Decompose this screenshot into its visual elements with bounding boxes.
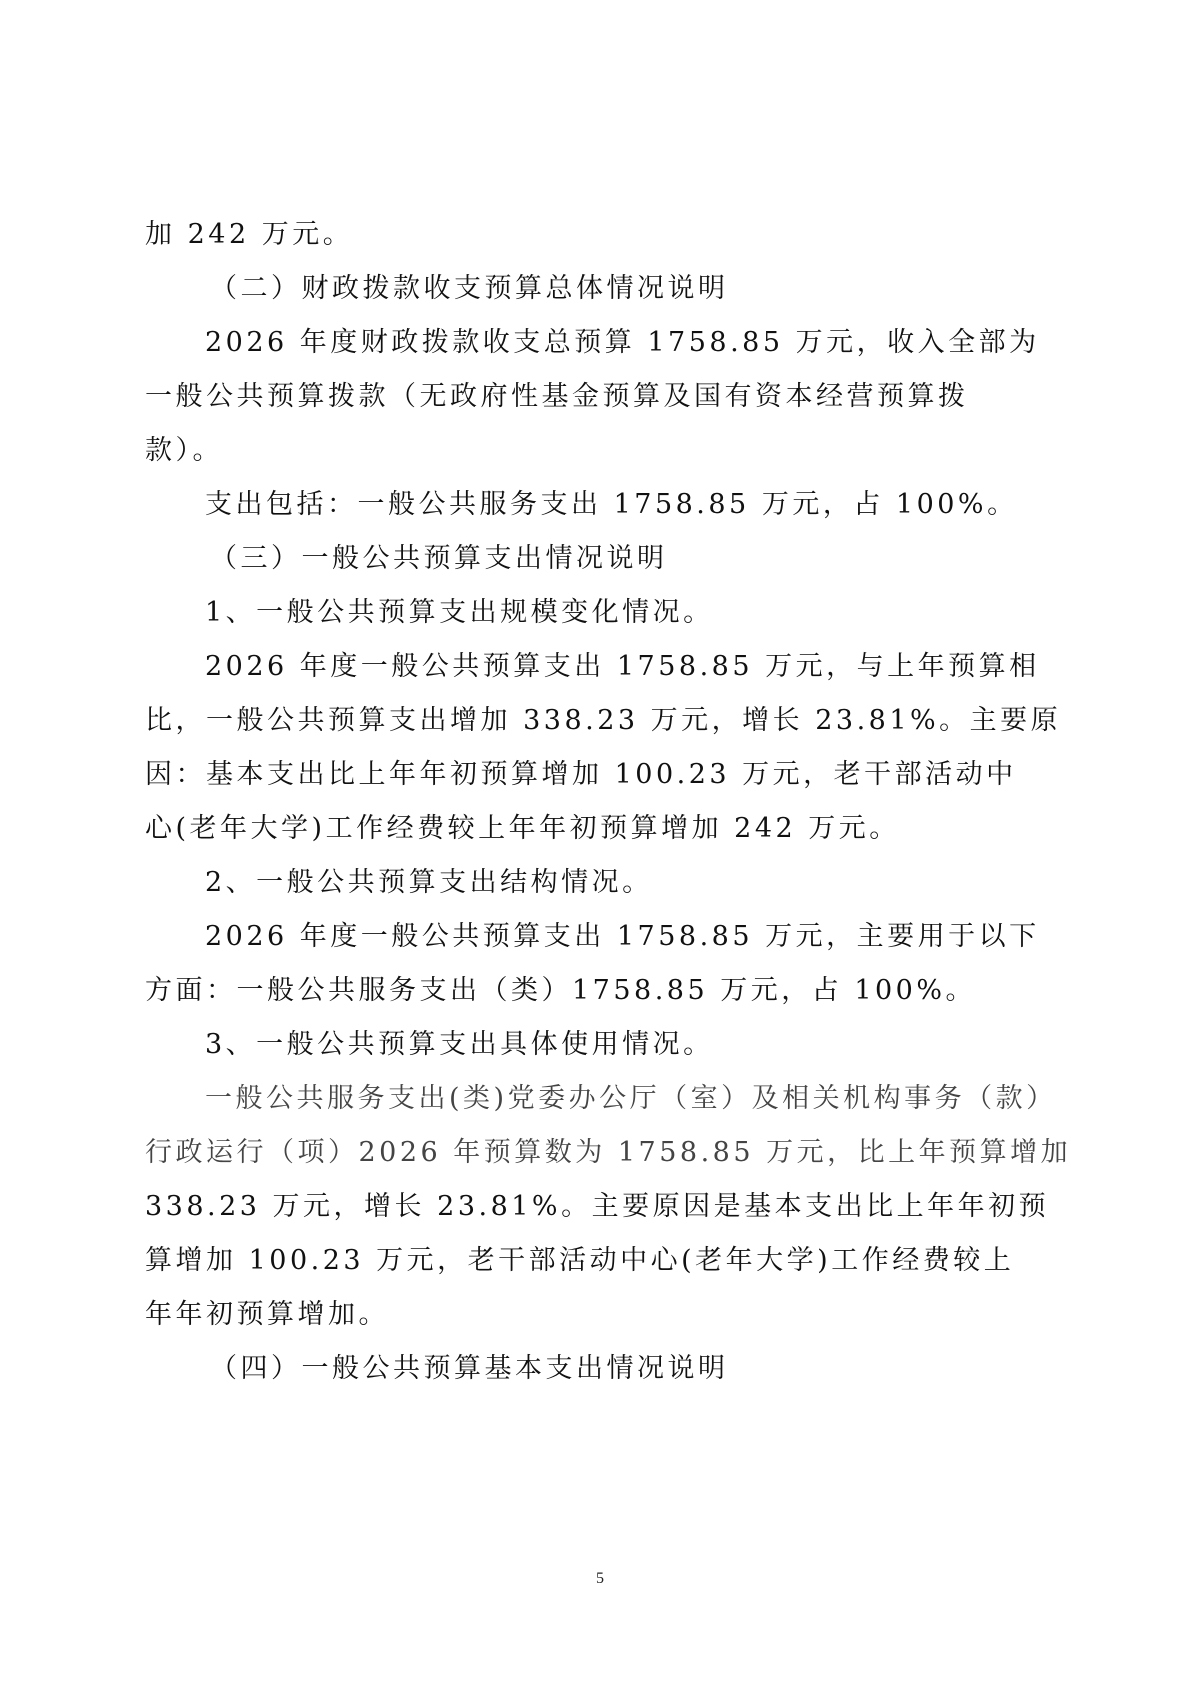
subsection-heading-2: 2、一般公共预算支出结构情况。 bbox=[205, 866, 653, 900]
paragraph-line: 一般公共预算拨款（无政府性基金预算及国有资本经营预算拨 bbox=[145, 380, 969, 414]
page-number: 5 bbox=[0, 1570, 1200, 1588]
subsection-heading-1: 1、一般公共预算支出规模变化情况。 bbox=[205, 596, 714, 630]
paragraph-line: 338.23 万元，增长 23.81%。主要原因是基本支出比上年年初预 bbox=[145, 1190, 1049, 1224]
subsection-heading-3: 3、一般公共预算支出具体使用情况。 bbox=[205, 1028, 714, 1062]
paragraph-line: 一般公共服务支出(类)党委办公厅（室）及相关机构事务（款） bbox=[205, 1082, 1057, 1116]
paragraph-line: 因：基本支出比上年年初预算增加 100.23 万元，老干部活动中 bbox=[145, 758, 1017, 792]
paragraph-line: 年年初预算增加。 bbox=[145, 1298, 389, 1332]
paragraph-line: 款）。 bbox=[145, 434, 223, 468]
paragraph-line: 2026 年度一般公共预算支出 1758.85 万元，主要用于以下 bbox=[205, 920, 1040, 954]
paragraph-line: 比，一般公共预算支出增加 338.23 万元，增长 23.81%。主要原 bbox=[145, 704, 1061, 738]
section-heading-4: （四）一般公共预算基本支出情况说明 bbox=[210, 1352, 729, 1386]
section-heading-3: （三）一般公共预算支出情况说明 bbox=[210, 542, 668, 576]
paragraph-line: 心(老年大学)工作经费较上年年初预算增加 242 万元。 bbox=[145, 812, 900, 846]
paragraph-line: 算增加 100.23 万元，老干部活动中心(老年大学)工作经费较上 bbox=[145, 1244, 1014, 1278]
paragraph-line: 加 242 万元。 bbox=[145, 218, 353, 252]
paragraph-line: 2026 年度一般公共预算支出 1758.85 万元，与上年预算相 bbox=[205, 650, 1040, 684]
paragraph-line: 行政运行（项）2026 年预算数为 1758.85 万元，比上年预算增加 bbox=[145, 1136, 1071, 1170]
paragraph-line: 方面：一般公共服务支出（类）1758.85 万元，占 100%。 bbox=[145, 974, 976, 1008]
paragraph-line: 2026 年度财政拨款收支总预算 1758.85 万元，收入全部为 bbox=[205, 326, 1040, 360]
section-heading-2: （二）财政拨款收支预算总体情况说明 bbox=[210, 272, 729, 306]
paragraph-line: 支出包括：一般公共服务支出 1758.85 万元，占 100%。 bbox=[205, 488, 1018, 522]
